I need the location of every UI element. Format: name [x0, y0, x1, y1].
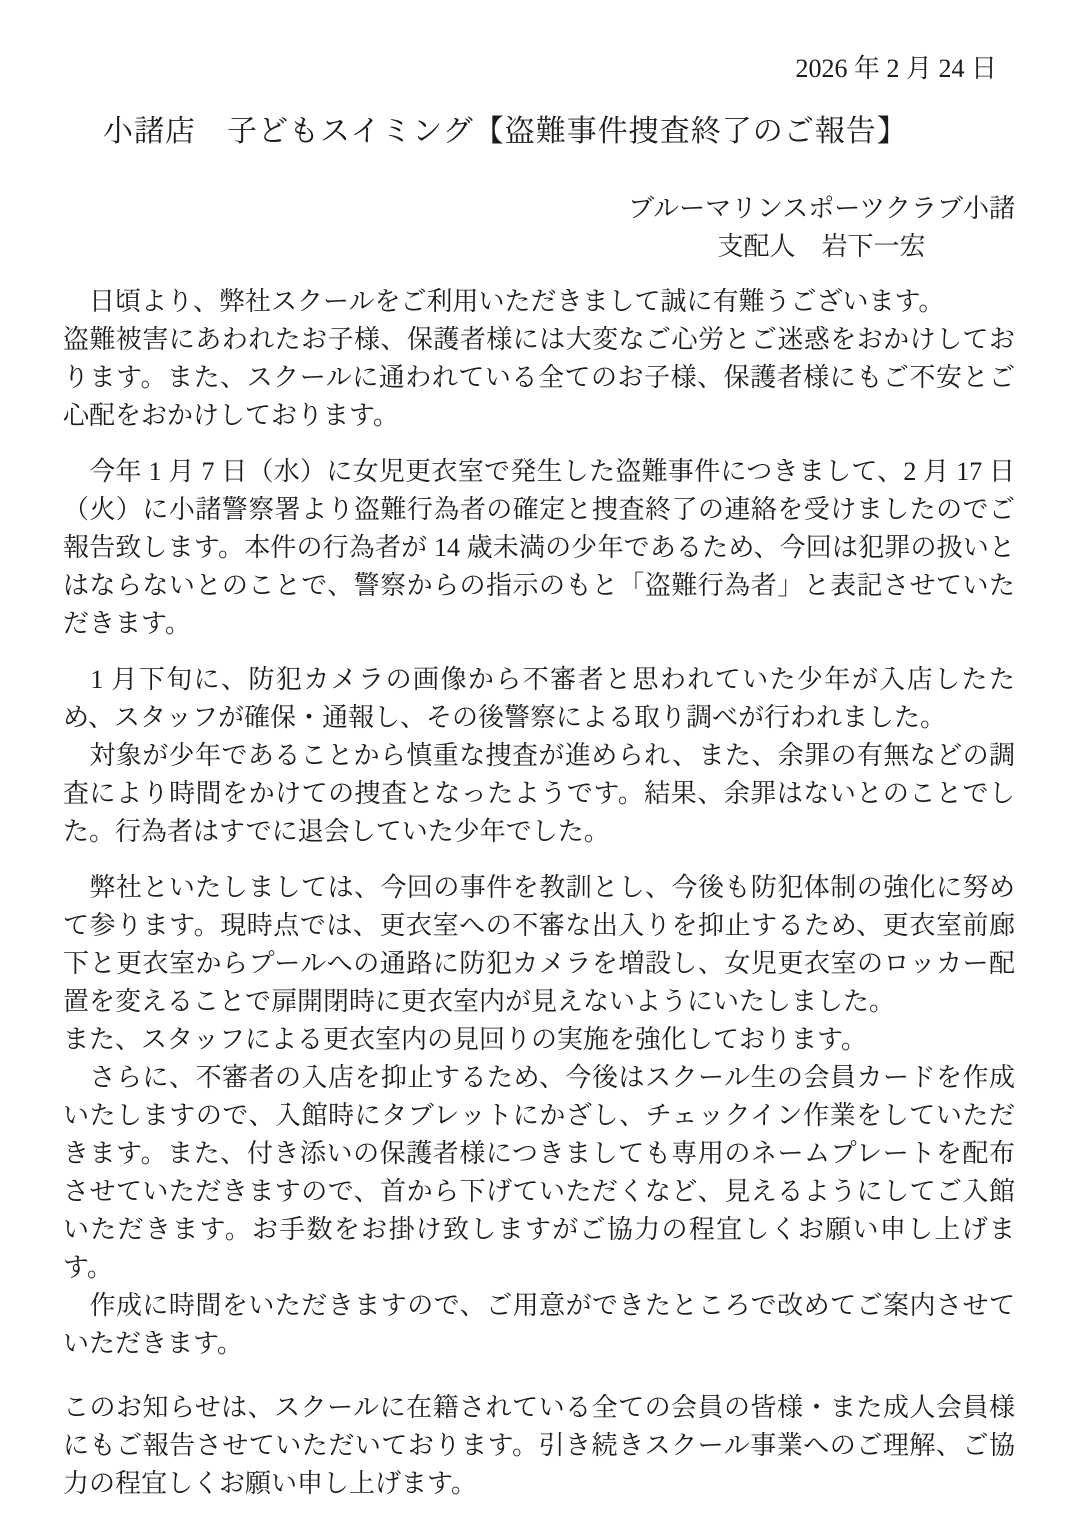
paragraph: 盗難被害にあわれたお子様、保護者様には大変なご心労とご迷惑をおかけしております。…	[63, 321, 1015, 435]
paragraph: 日頃より、弊社スクールをご利用いただきまして誠に有難うございます。	[63, 283, 1015, 321]
sender-inner: ブルーマリンスポーツクラブ小諸 支配人 岩下一宏	[628, 190, 1015, 266]
paragraph: 今年 1 月 7 日（水）に女児更衣室で発生した盗難事件につきまして、2 月 1…	[63, 453, 1015, 643]
document-page: 2026 年 2 月 24 日 小諸店 子どもスイミング【盗難事件捜査終了のご報…	[0, 0, 1090, 1536]
paragraph: このお知らせは、スクールに在籍されている全ての会員の皆様・また成人会員様にもご報…	[63, 1389, 1015, 1503]
paragraph: 1 月下旬に、防犯カメラの画像から不審者と思われていた少年が入店したため、スタッ…	[63, 661, 1015, 737]
sender-name: 支配人 岩下一宏	[628, 228, 1015, 266]
sender-organization: ブルーマリンスポーツクラブ小諸	[628, 190, 1015, 228]
paragraph: 弊社といたしましては、今回の事件を教訓とし、今後も防犯体制の強化に努めて参ります…	[63, 869, 1015, 1021]
document-title: 小諸店 子どもスイミング【盗難事件捜査終了のご報告】	[63, 110, 1015, 154]
paragraph: 作成に時間をいただきますので、ご用意ができたところで改めてご案内させていただきま…	[63, 1287, 1015, 1363]
document-body: 日頃より、弊社スクールをご利用いただきまして誠に有難うございます。 盗難被害にあ…	[63, 283, 1015, 1503]
paragraph: 対象が少年であることから慎重な捜査が進められ、また、余罪の有無などの調査により時…	[63, 737, 1015, 851]
paragraph: さらに、不審者の入店を抑止するため、今後はスクール生の会員カードを作成いたします…	[63, 1059, 1015, 1287]
document-date: 2026 年 2 月 24 日	[63, 50, 1015, 88]
sender-block: ブルーマリンスポーツクラブ小諸 支配人 岩下一宏	[63, 190, 1015, 266]
paragraph: また、スタッフによる更衣室内の見回りの実施を強化しております。	[63, 1021, 1015, 1059]
